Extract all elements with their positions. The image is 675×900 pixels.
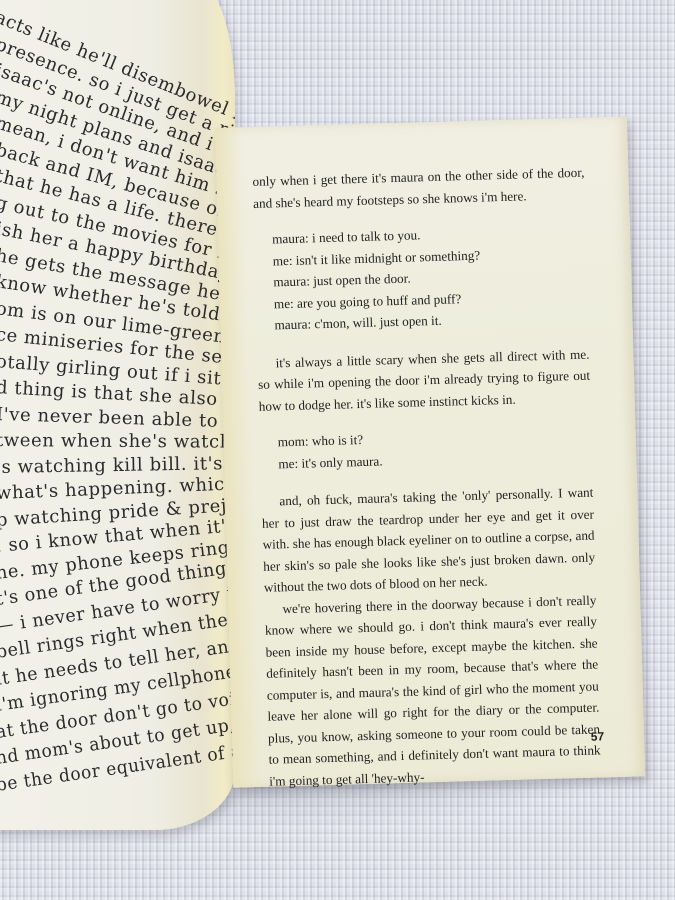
paragraph-4: we're hovering there in the doorway beca… — [264, 589, 601, 792]
left-page: acts like he'll disembowel me if i use a… — [0, 0, 235, 830]
page-number: 57 — [591, 729, 605, 743]
dialogue-block-2: mom: who is it? me: it's only maura. — [277, 423, 592, 475]
dialogue-block-1: maura: i need to talk to you. me: isn't … — [272, 220, 589, 336]
page-body: only when i get there it's maura on the … — [252, 162, 601, 792]
paragraph-opening: only when i get there it's maura on the … — [252, 162, 585, 214]
paragraph-2: it's always a little scary when she gets… — [257, 343, 591, 417]
paragraph-3: and, oh fuck, maura's taking the 'only' … — [261, 482, 596, 599]
left-page-line: 's watching kill bill. it's like she's t… — [0, 449, 235, 477]
left-page-line: tween when she's watching pride & prejud… — [0, 430, 235, 454]
right-page: only when i get there it's maura on the … — [215, 116, 645, 787]
